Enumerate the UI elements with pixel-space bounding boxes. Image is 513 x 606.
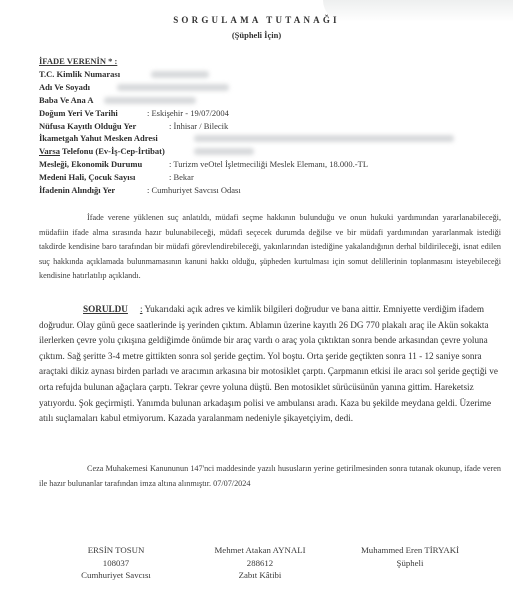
redacted-value (194, 135, 454, 142)
signature-name: ERSİN TOSUN (36, 544, 196, 557)
info-value: : İnhisar / Bilecik (169, 120, 228, 133)
statement-section: SORULDU: Yukarıdaki açık adres ve kimlik… (39, 302, 501, 427)
rights-paragraph: İfade verene yüklenen suç anlatıldı, müd… (39, 211, 501, 284)
info-value: : Turizm veOtel İşletmeciliği Meslek Ele… (169, 158, 368, 171)
info-row-registry: Nüfusa Kayıtlı Olduğu Yer : İnhisar / Bi… (39, 120, 165, 133)
signature-number: 108037 (36, 557, 196, 570)
signature-number: 288612 (180, 557, 340, 570)
document-title: SORGULAMA TUTANAĞI (0, 15, 513, 25)
info-value: : Bekar (169, 171, 194, 184)
info-label: T.C. Kimlik Numarası (39, 69, 120, 79)
info-row-occupation: Mesleği, Ekonomik Durumu : Turizm veOtel… (39, 158, 165, 171)
signature-clerk: Mehmet Atakan AYNALI 288612 Zabıt Kâtibi (180, 544, 340, 582)
info-row-marital: Medeni Hali, Çocuk Sayısı : Bekar (39, 171, 165, 184)
info-label: İkametgah Yahut Mesken Adresi (39, 133, 158, 143)
info-label: Adı Ve Soyadı (39, 82, 90, 92)
identity-section: İFADE VERENİN * : T.C. Kimlik Numarası A… (39, 55, 165, 197)
info-value: : Eskişehir - 19/07/2004 (147, 107, 229, 120)
info-row-birth: Doğum Yeri Ve Tarihi : Eskişehir - 19/07… (39, 107, 165, 120)
info-label: Medeni Hali, Çocuk Sayısı (39, 172, 135, 182)
signature-name: Muhammed Eren TİRYAKİ (330, 544, 490, 557)
signature-role: Şüpheli (330, 557, 490, 570)
closing-paragraph: Ceza Muhakemesi Kanununun 147'nci maddes… (39, 462, 501, 491)
info-row-tc-no: T.C. Kimlik Numarası (39, 68, 165, 81)
info-row-name: Adı Ve Soyadı (39, 81, 165, 94)
redacted-value (151, 71, 209, 78)
info-label: Doğum Yeri Ve Tarihi (39, 108, 118, 118)
signature-prosecutor: ERSİN TOSUN 108037 Cumhuriyet Savcısı (36, 544, 196, 582)
identity-heading: İFADE VERENİN * : (39, 55, 165, 68)
info-row-location: İfadenin Alındığı Yer : Cumhuriyet Savcı… (39, 184, 165, 197)
signature-role: Cumhuriyet Savcısı (36, 569, 196, 582)
redacted-value (117, 84, 229, 91)
info-label: İfadenin Alındığı Yer (39, 185, 115, 195)
statement-text: Yukarıdaki açık adres ve kimlik bilgiler… (39, 304, 498, 423)
info-label: Telefonu (Ev-İş-Cep-İrtibat) (60, 146, 165, 156)
document-subtitle: (Şüpheli İçin) (0, 30, 513, 40)
signature-role: Zabıt Kâtibi (180, 569, 340, 582)
info-label: Nüfusa Kayıtlı Olduğu Yer (39, 121, 136, 131)
info-label: Mesleği, Ekonomik Durumu (39, 159, 142, 169)
signature-name: Mehmet Atakan AYNALI (180, 544, 340, 557)
redacted-value (194, 148, 254, 155)
info-row-parents: Baba Ve Ana A (39, 94, 165, 107)
info-row-phone: Varsa Telefonu (Ev-İş-Cep-İrtibat) (39, 145, 165, 158)
info-label-prefix: Varsa (39, 146, 60, 156)
info-row-address: İkametgah Yahut Mesken Adresi (39, 132, 165, 145)
info-label: Baba Ve Ana A (39, 95, 94, 105)
info-value: : Cumhuriyet Savcısı Odası (147, 184, 241, 197)
signature-suspect: Muhammed Eren TİRYAKİ Şüpheli (330, 544, 490, 569)
redacted-value (104, 97, 196, 104)
statement-label: SORULDU (83, 304, 128, 314)
